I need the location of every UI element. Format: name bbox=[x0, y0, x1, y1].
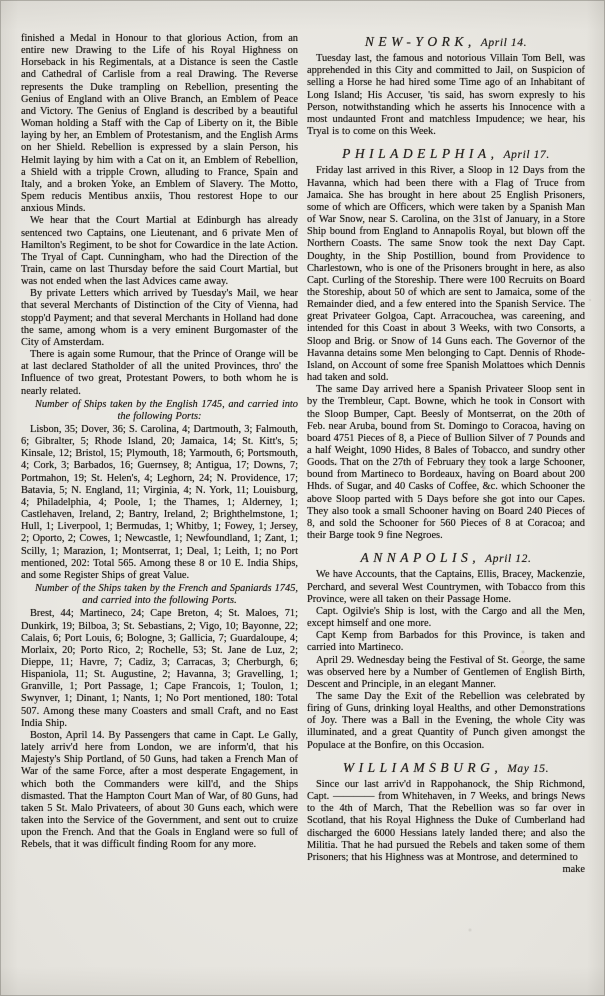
prince-of-orange-paragraph: There is again some Rumour, that the Pri… bbox=[21, 349, 298, 398]
right-column: NEW-YORK,April 14. Tuesday last, the fam… bbox=[307, 26, 585, 876]
ships-taken-by-french-heading: Number of the Ships taken by the French … bbox=[21, 583, 298, 607]
section-heading-williamsburg: WILLIAMSBURG,May 15. bbox=[307, 762, 585, 776]
boston-news-paragraph: Boston, April 14. By Passengers that cam… bbox=[21, 730, 298, 852]
newspaper-page: finished a Medal in Honour to that glori… bbox=[0, 0, 605, 996]
english-prize-ports-list: Lisbon, 35; Dover, 36; S. Carolina, 4; D… bbox=[21, 424, 298, 582]
merchants-payment-paragraph: By private Letters which arrived by Tues… bbox=[21, 288, 298, 349]
court-martial-paragraph: We hear that the Court Martial at Edinbu… bbox=[21, 215, 298, 288]
section-date: April 14. bbox=[481, 37, 527, 49]
annapolis-paragraph: Capt Kemp from Barbados for this Provinc… bbox=[307, 630, 585, 654]
new-york-paragraph: Tuesday last, the famous and notorious V… bbox=[307, 53, 585, 138]
section-heading-philadelphia: PHILADELPHIA,April 17. bbox=[307, 148, 585, 162]
left-column: finished a Medal in Honour to that glori… bbox=[21, 33, 298, 851]
section-title: PHILADELPHIA, bbox=[342, 146, 498, 161]
french-prize-ports-list: Brest, 44; Martineco, 24; Cape Breton, 4… bbox=[21, 608, 298, 730]
annapolis-paragraph: Capt. Ogilvie's Ship is lost, with the C… bbox=[307, 606, 585, 630]
medal-description-paragraph: finished a Medal in Honour to that glori… bbox=[21, 33, 298, 215]
section-heading-annapolis: ANNAPOLIS,April 12. bbox=[307, 552, 585, 566]
section-title: WILLIAMSBURG, bbox=[343, 760, 502, 775]
catchword: make bbox=[307, 864, 585, 876]
philadelphia-paragraph: The same Day arrived here a Spanish Priv… bbox=[307, 384, 585, 542]
section-date: April 17. bbox=[504, 149, 550, 161]
section-date: May 15. bbox=[507, 763, 549, 775]
philadelphia-paragraph: Friday last arrived in this River, a Slo… bbox=[307, 165, 585, 384]
section-date: April 12. bbox=[485, 553, 531, 565]
ships-taken-by-english-heading: Number of Ships taken by the English 174… bbox=[21, 399, 298, 423]
section-heading-new-york: NEW-YORK,April 14. bbox=[307, 36, 585, 50]
annapolis-paragraph: The same Day the Exit of the Rebellion w… bbox=[307, 691, 585, 752]
section-title: ANNAPOLIS, bbox=[361, 550, 481, 565]
annapolis-paragraph: April 29. Wednesday being the Festival o… bbox=[307, 655, 585, 691]
williamsburg-paragraph: Since our last arriv'd in Rappohanock, t… bbox=[307, 779, 585, 864]
annapolis-paragraph: We have Accounts, that the Captains, Ell… bbox=[307, 569, 585, 605]
section-title: NEW-YORK, bbox=[365, 34, 476, 49]
